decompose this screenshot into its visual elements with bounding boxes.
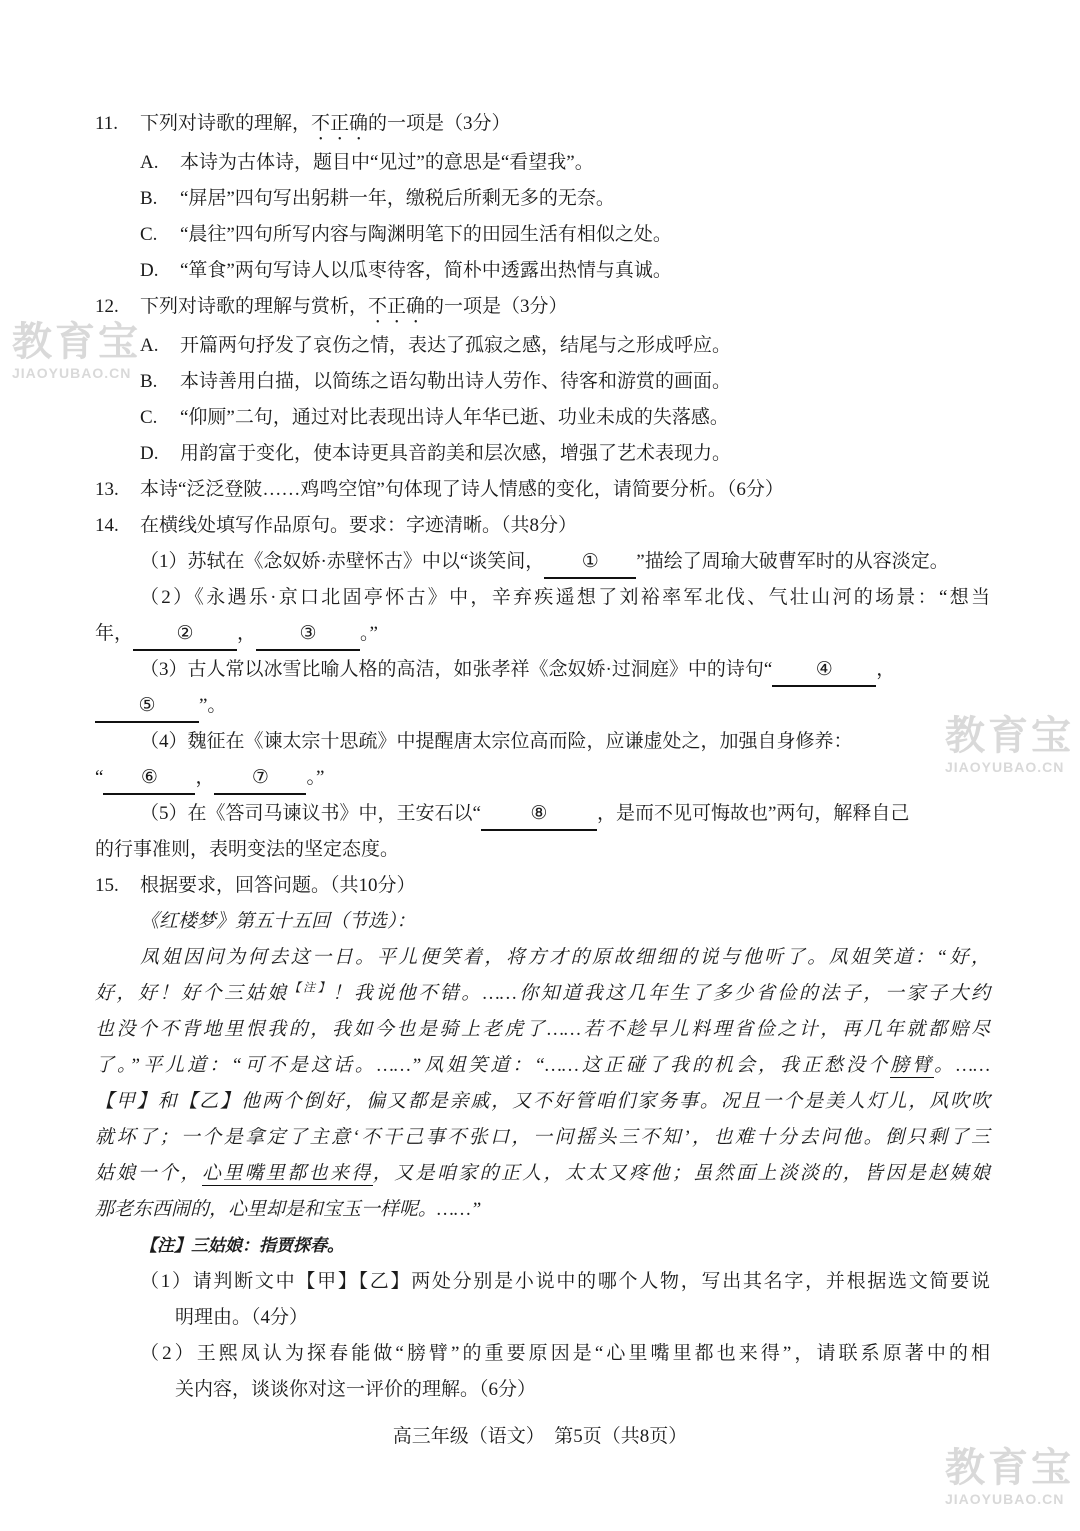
excerpt-text: 就坏了；一个是拿定了主意‘不干己事不张口，一问摇头三不知’，也难十分去问他。倒只…	[95, 1127, 990, 1148]
excerpt-text: 也没个不背地里恨我的，我如今也是骑上老虎了……若不趁早儿料理省俭之计，再几年就都…	[95, 1019, 990, 1040]
q14-item3-comma: ，	[876, 659, 895, 680]
q13-text: 本诗“泛泛登陂……鸡鸣空馆”句体现了诗人情感的变化，请简要分析。（6分）	[140, 479, 784, 500]
q11-option-b-text: “屏居”四句写出躬耕一年，缴税后所剩无多的无奈。	[180, 188, 615, 209]
fill-blank-2: ②	[133, 619, 237, 651]
excerpt-text: 好，好！好个三姑娘	[95, 983, 289, 1004]
q12-option-a-text: 开篇两句抒发了哀伤之情，表达了孤寂之感，结尾与之形成呼应。	[180, 335, 731, 356]
q14-item3-line1: （3）古人常以冰雪比喻人格的高洁，如张孝祥《念奴娇·过洞庭》中的诗句“④，	[95, 652, 990, 688]
q11-option-b: B.“屏居”四句写出躬耕一年，缴税后所剩无多的无奈。	[95, 181, 990, 217]
q11-stem: 11.下列对诗歌的理解，不正确的一项是（3分）	[95, 106, 990, 145]
watermark-cn-text: 教育宝	[945, 1448, 1074, 1488]
underlined-phrase: 心里嘴里都也来得	[202, 1163, 373, 1186]
q15-sub1-text: （1）请判断文中【甲】【乙】两处分别是小说中的哪个人物，写出其名字，并根据选文简…	[140, 1271, 990, 1292]
q15-sub1-line1: （1）请判断文中【甲】【乙】两处分别是小说中的哪个人物，写出其名字，并根据选文简…	[95, 1264, 990, 1300]
q11-option-c-label: C.	[140, 217, 180, 253]
q12-stem: 12.下列对诗歌的理解与赏析，不正确的一项是（3分）	[95, 289, 990, 328]
fill-blank-1: ①	[544, 547, 636, 579]
excerpt-text: 凤姐因问为何去这一日。平儿便笑着，将方才的原故细细的说与他听了。凤姐笑道：“好，	[140, 947, 990, 968]
fill-blank-4: ④	[772, 655, 876, 687]
q11-option-b-label: B.	[140, 181, 180, 217]
q14-item1: （1）苏轼在《念奴娇·赤壁怀古》中以“谈笑间，①”描绘了周瑜大破曹军时的从容淡定…	[95, 544, 990, 580]
q11-stem-text-end: 的一项是（3分）	[368, 113, 511, 134]
q12-option-a-label: A.	[140, 328, 180, 364]
q12-option-b-text: 本诗善用白描，以简练之语勾勒出诗人劳作、待客和游赏的画面。	[180, 371, 731, 392]
q12-option-b: B.本诗善用白描，以简练之语勾勒出诗人劳作、待客和游赏的画面。	[95, 364, 990, 400]
q12-option-c-label: C.	[140, 400, 180, 436]
q14-item5-line1: （5）在《答司马谏议书》中，王安石以“⑧，是而不见可悔故也”两句，解释自己	[95, 796, 990, 832]
q14-item2-comma: ，	[237, 623, 256, 644]
q11-number: 11.	[95, 106, 140, 142]
excerpt-text: ！我说他不错。……你知道我这几年生了多少省俭的法子，一家子大约	[332, 983, 990, 1004]
excerpt-text: 。……	[934, 1055, 990, 1076]
q14-item5-line2: 的行事准则，表明变法的坚定态度。	[95, 832, 990, 868]
q12-option-a: A.开篇两句抒发了哀伤之情，表达了孤寂之感，结尾与之形成呼应。	[95, 328, 990, 364]
q11-option-a-label: A.	[140, 145, 180, 181]
q14-item2-text: （2）《永遇乐·京口北固亭怀古》中，辛弃疾遥想了刘裕率军北伐、气壮山河的场景：“…	[140, 587, 990, 608]
q14-item5-text: （5）在《答司马谏议书》中，王安石以“	[140, 803, 481, 824]
excerpt-line-3: 也没个不背地里恨我的，我如今也是骑上老虎了……若不趁早儿料理省俭之计，再几年就都…	[95, 1012, 990, 1048]
watermark-bottom-right: 教育宝 JIAOYUBAO.CN	[945, 1448, 1074, 1508]
note-superscript: 【注】	[289, 981, 333, 995]
q15-source-title: 《红楼梦》第五十五回（节选）：	[95, 904, 990, 940]
excerpt-line-6: 就坏了；一个是拿定了主意‘不干己事不张口，一问摇头三不知’，也难十分去问他。倒只…	[95, 1120, 990, 1156]
q12-stem-text: 下列对诗歌的理解与赏析，	[140, 296, 368, 317]
q11-option-a: A.本诗为古体诗，题目中“见过”的意思是“看望我”。	[95, 145, 990, 181]
q14-item2-line2: 年，②，③。”	[95, 616, 990, 652]
excerpt-text: ，又是咱家的正人，太太又疼他；虽然面上淡淡的，皆因是赵姨娘	[373, 1163, 990, 1184]
q15-intro-text: 根据要求，回答问题。（共10分）	[140, 875, 416, 896]
q14-item4-text: （4）魏征在《谏太宗十思疏》中提醒唐太宗位高而险，应谦虚处之，加强自身修养：	[140, 731, 853, 752]
excerpt-line-7: 姑娘一个，心里嘴里都也来得，又是咱家的正人，太太又疼他；虽然面上淡淡的，皆因是赵…	[95, 1156, 990, 1192]
q15-sub1-text-end: 明理由。（4分）	[175, 1307, 308, 1328]
q12-option-b-label: B.	[140, 364, 180, 400]
excerpt-text: 姑娘一个，	[95, 1163, 202, 1184]
q14-item2-text2: 年，	[95, 623, 133, 644]
q14-item3-text: （3）古人常以冰雪比喻人格的高洁，如张孝祥《念奴娇·过洞庭》中的诗句“	[140, 659, 772, 680]
q15-sub2-line2: 关内容，谈谈你对这一评价的理解。（6分）	[95, 1372, 990, 1408]
q12-option-d-text: 用韵富于变化，使本诗更具音韵美和层次感，增强了艺术表现力。	[180, 443, 731, 464]
footnote-text: 【注】三姑娘：指贾探春。	[140, 1236, 344, 1255]
underlined-term-bangbi: 膀臂	[890, 1055, 934, 1078]
q14-item4-line1: （4）魏征在《谏太宗十思疏》中提醒唐太宗位高而险，应谦虚处之，加强自身修养：	[95, 724, 990, 760]
q14-item5-text2: ，是而不见可悔故也”两句，解释自己	[597, 803, 909, 824]
q11-option-d: D.“箪食”两句写诗人以瓜枣待客，简朴中透露出热情与真诚。	[95, 253, 990, 289]
q11-option-c-text: “晨往”四句所写内容与陶渊明笔下的田园生活有相似之处。	[180, 224, 672, 245]
q15-sub1-line2: 明理由。（4分）	[95, 1300, 990, 1336]
excerpt-line-4: 了。”平儿道：“可不是这话。……”凤姐笑道：“……这正碰了我的机会，我正愁没个膀…	[95, 1048, 990, 1084]
q11-option-d-label: D.	[140, 253, 180, 289]
q11-option-c: C.“晨往”四句所写内容与陶渊明笔下的田园生活有相似之处。	[95, 217, 990, 253]
q14-item4-comma: ，	[195, 767, 214, 788]
excerpt-text: 了。”平儿道：“可不是这话。……”凤姐笑道：“……这正碰了我的机会，我正愁没个	[95, 1055, 890, 1076]
q12-option-c: C.“仰厕”二句，通过对比表现出诗人年华已逝、功业未成的失落感。	[95, 400, 990, 436]
q15-sub2-line1: （2）王熙凤认为探春能做“膀臂”的重要原因是“心里嘴里都也来得”，请联系原著中的…	[95, 1336, 990, 1372]
fill-blank-8: ⑧	[481, 799, 597, 831]
q15-sub2-text: （2）王熙凤认为探春能做“膀臂”的重要原因是“心里嘴里都也来得”，请联系原著中的…	[140, 1343, 990, 1364]
q13-stem: 13.本诗“泛泛登陂……鸡鸣空馆”句体现了诗人情感的变化，请简要分析。（6分）	[95, 472, 990, 508]
q13-number: 13.	[95, 472, 140, 508]
q14-item3-text-end: ”。	[199, 695, 226, 716]
fill-blank-6: ⑥	[103, 763, 195, 795]
q14-stem: 14.在横线处填写作品原句。要求：字迹清晰。（共8分）	[95, 508, 990, 544]
excerpt-text: 那老东西闹的，心里却是和宝玉一样呢。……”	[95, 1199, 481, 1220]
q15-sub2-text-end: 关内容，谈谈你对这一评价的理解。（6分）	[175, 1379, 536, 1400]
exam-content: 11.下列对诗歌的理解，不正确的一项是（3分） A.本诗为古体诗，题目中“见过”…	[95, 106, 990, 1408]
fill-blank-7: ⑦	[214, 763, 306, 795]
q14-item3-line2: ⑤”。	[95, 688, 990, 724]
q15-source-text: 《红楼梦》第五十五回（节选）：	[140, 911, 416, 932]
q12-stem-emphasis: 不正确	[368, 296, 425, 317]
excerpt-line-1: 凤姐因问为何去这一日。平儿便笑着，将方才的原故细细的说与他听了。凤姐笑道：“好，	[95, 940, 990, 976]
q15-stem: 15.根据要求，回答问题。（共10分）	[95, 868, 990, 904]
q14-item2-line1: （2）《永遇乐·京口北固亭怀古》中，辛弃疾遥想了刘裕率军北伐、气壮山河的场景：“…	[95, 580, 990, 616]
excerpt-line-5: 【甲】和【乙】他两个倒好，偏又都是亲戚，又不好管咱们家务事。况且一个是美人灯儿，…	[95, 1084, 990, 1120]
excerpt-text: 【甲】和【乙】他两个倒好，偏又都是亲戚，又不好管咱们家务事。况且一个是美人灯儿，…	[95, 1091, 990, 1112]
q14-intro-text: 在横线处填写作品原句。要求：字迹清晰。（共8分）	[140, 515, 577, 536]
exam-page: 教育宝 JIAOYUBAO.CN 教育宝 JIAOYUBAO.CN 教育宝 JI…	[0, 0, 1080, 1531]
q12-stem-text-end: 的一项是（3分）	[425, 296, 568, 317]
q14-item4-text-end: 。”	[306, 767, 324, 788]
q12-option-d: D.用韵富于变化，使本诗更具音韵美和层次感，增强了艺术表现力。	[95, 436, 990, 472]
q14-item4-quote: “	[95, 767, 103, 788]
q14-item5-text-end: 的行事准则，表明变法的坚定态度。	[95, 839, 399, 860]
q15-number: 15.	[95, 868, 140, 904]
q12-number: 12.	[95, 289, 140, 325]
fill-blank-5: ⑤	[95, 691, 199, 723]
footnote: 【注】三姑娘：指贾探春。	[95, 1228, 990, 1264]
q11-option-a-text: 本诗为古体诗，题目中“见过”的意思是“看望我”。	[180, 152, 594, 173]
q12-option-c-text: “仰厕”二句，通过对比表现出诗人年华已逝、功业未成的失落感。	[180, 407, 729, 428]
q12-option-d-label: D.	[140, 436, 180, 472]
q14-item4-line2: “⑥，⑦。”	[95, 760, 990, 796]
fill-blank-3: ③	[256, 619, 360, 651]
excerpt-line-2: 好，好！好个三姑娘【注】！我说他不错。……你知道我这几年生了多少省俭的法子，一家…	[95, 976, 990, 1012]
excerpt-line-8: 那老东西闹的，心里却是和宝玉一样呢。……”	[95, 1192, 990, 1228]
q14-item1-text: （1）苏轼在《念奴娇·赤壁怀古》中以“谈笑间，	[140, 551, 544, 572]
q14-item1-text-end: ”描绘了周瑜大破曹军时的从容淡定。	[636, 551, 948, 572]
q14-number: 14.	[95, 508, 140, 544]
q11-option-d-text: “箪食”两句写诗人以瓜枣待客，简朴中透露出热情与真诚。	[180, 260, 672, 281]
q14-item2-text-end: 。”	[360, 623, 378, 644]
q11-stem-emphasis: 不正确	[311, 113, 368, 134]
page-footer: 高三年级（语文） 第5页（共8页）	[0, 1421, 1080, 1448]
watermark-en-text: JIAOYUBAO.CN	[945, 1491, 1074, 1508]
q11-stem-text: 下列对诗歌的理解，	[140, 113, 311, 134]
